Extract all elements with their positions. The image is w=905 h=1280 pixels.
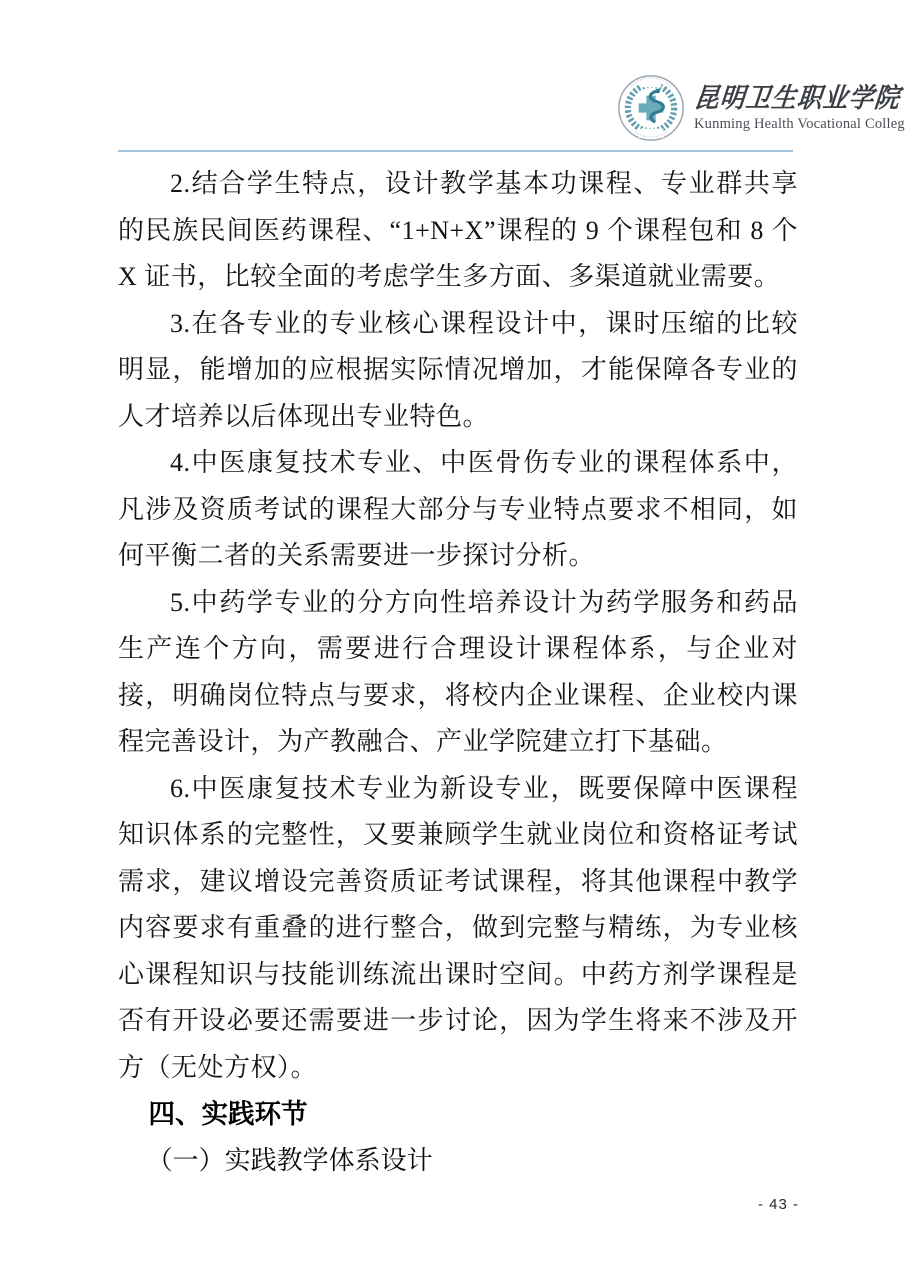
paragraph-item-5: 5.中药学专业的分方向性培养设计为药学服务和药品生产连个方向，需要进行合理设计课… bbox=[118, 580, 798, 766]
medical-cross-snake-seal-icon bbox=[617, 74, 685, 142]
header-divider-line bbox=[118, 150, 793, 152]
document-page: 昆明卫生职业学院 Kunming Health Vocational Colle… bbox=[0, 0, 905, 1280]
college-name-zh: 昆明卫生职业学院 bbox=[693, 84, 902, 114]
paragraph-item-4: 4.中医康复技术专业、中医骨伤专业的课程体系中，凡涉及资质考试的课程大部分与专业… bbox=[118, 440, 798, 580]
college-name-block: 昆明卫生职业学院 Kunming Health Vocational Colle… bbox=[694, 84, 905, 133]
section-heading: 四、实践环节 bbox=[118, 1091, 798, 1138]
page-number: - 43 - bbox=[758, 1196, 799, 1213]
paragraph-item-2: 2.结合学生特点，设计教学基本功课程、专业群共享的民族民间医药课程、“1+N+X… bbox=[118, 161, 798, 301]
subsection-heading: （一）实践教学体系设计 bbox=[118, 1138, 798, 1185]
paragraph-item-3: 3.在各专业的专业核心课程设计中，课时压缩的比较明显，能增加的应根据实际情况增加… bbox=[118, 301, 798, 441]
college-name-en: Kunming Health Vocational College bbox=[694, 116, 905, 133]
college-letterhead: 昆明卫生职业学院 Kunming Health Vocational Colle… bbox=[617, 74, 905, 142]
document-body: 2.结合学生特点，设计教学基本功课程、专业群共享的民族民间医药课程、“1+N+X… bbox=[118, 161, 798, 1184]
paragraph-item-6: 6.中医康复技术专业为新设专业，既要保障中医课程知识体系的完整性，又要兼顾学生就… bbox=[118, 766, 798, 1092]
